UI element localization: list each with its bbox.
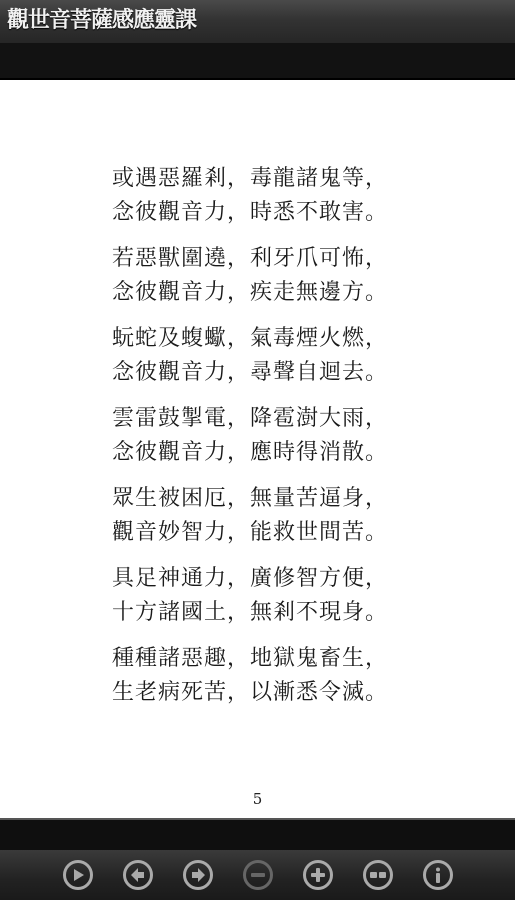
verse-line: 眾生被困厄，無量苦逼身， <box>112 482 422 516</box>
bottom-status-bar <box>0 818 515 850</box>
verse-line: 蚖蛇及蝮蠍，氣毒煙火燃， <box>112 322 422 356</box>
stanza: 眾生被困厄，無量苦逼身， 觀音妙智力，能救世間苦。 <box>112 482 422 550</box>
verse-line: 具足神通力，廣修智方便， <box>112 562 422 596</box>
verse-line: 種種諸惡趣，地獄鬼畜生， <box>112 642 422 676</box>
zoom-out-button[interactable] <box>243 860 273 890</box>
bottom-toolbar <box>0 850 515 900</box>
arrow-left-icon <box>128 865 148 885</box>
previous-page-button[interactable] <box>123 860 153 890</box>
info-button[interactable] <box>423 860 453 890</box>
verse-line: 或遇惡羅剎，毒龍諸鬼等， <box>112 162 422 196</box>
verse-line: 念彼觀音力，尋聲自迴去。 <box>112 356 422 390</box>
arrow-right-icon <box>188 865 208 885</box>
zoom-in-button[interactable] <box>303 860 333 890</box>
verse-line: 念彼觀音力，疾走無邊方。 <box>112 276 422 310</box>
two-page-icon <box>368 865 388 885</box>
sub-header-bar <box>0 43 515 80</box>
stanza: 或遇惡羅剎，毒龍諸鬼等， 念彼觀音力，時悉不敢害。 <box>112 162 422 230</box>
zoom-out-icon <box>248 865 268 885</box>
verse-line: 念彼觀音力，應時得消散。 <box>112 436 422 470</box>
zoom-in-icon <box>308 865 328 885</box>
page-number: 5 <box>0 790 515 808</box>
verse-line: 雲雷鼓掣電，降雹澍大雨， <box>112 402 422 436</box>
stanza: 具足神通力，廣修智方便， 十方諸國土，無剎不現身。 <box>112 562 422 630</box>
next-page-button[interactable] <box>183 860 213 890</box>
verse-block: 或遇惡羅剎，毒龍諸鬼等， 念彼觀音力，時悉不敢害。 若惡獸圍遶，利牙爪可怖， 念… <box>112 162 422 722</box>
stanza: 蚖蛇及蝮蠍，氣毒煙火燃， 念彼觀音力，尋聲自迴去。 <box>112 322 422 390</box>
verse-line: 若惡獸圍遶，利牙爪可怖， <box>112 242 422 276</box>
page-layout-button[interactable] <box>363 860 393 890</box>
verse-line: 觀音妙智力，能救世間苦。 <box>112 516 422 550</box>
verse-line: 十方諸國土，無剎不現身。 <box>112 596 422 630</box>
play-button[interactable] <box>63 860 93 890</box>
verse-line: 生老病死苦，以漸悉令滅。 <box>112 676 422 710</box>
stanza: 種種諸惡趣，地獄鬼畜生， 生老病死苦，以漸悉令滅。 <box>112 642 422 710</box>
title-bar: 觀世音菩薩感應靈課 <box>0 0 515 43</box>
page-content[interactable]: 或遇惡羅剎，毒龍諸鬼等， 念彼觀音力，時悉不敢害。 若惡獸圍遶，利牙爪可怖， 念… <box>0 80 515 818</box>
app-title: 觀世音菩薩感應靈課 <box>7 7 196 35</box>
info-icon <box>428 865 448 885</box>
stanza: 雲雷鼓掣電，降雹澍大雨， 念彼觀音力，應時得消散。 <box>112 402 422 470</box>
play-icon <box>68 865 88 885</box>
stanza: 若惡獸圍遶，利牙爪可怖， 念彼觀音力，疾走無邊方。 <box>112 242 422 310</box>
verse-line: 念彼觀音力，時悉不敢害。 <box>112 196 422 230</box>
